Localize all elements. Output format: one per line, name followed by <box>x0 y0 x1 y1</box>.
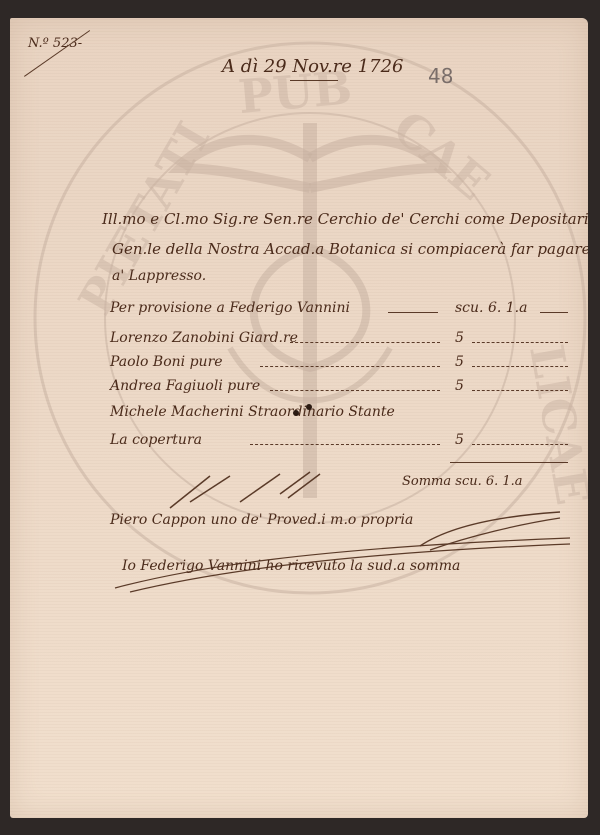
svg-text:CAE: CAE <box>383 100 500 210</box>
entry-trailer <box>472 444 568 445</box>
document-page: PIETATI PUB CAE LICAE N.º 523- A dì 29 N… <box>10 18 588 818</box>
entry-leader <box>290 342 440 343</box>
entry-amount: 5 <box>455 378 464 394</box>
document-date: A dì 29 Nov.re 1726 <box>222 56 403 77</box>
entry-trailer <box>472 390 568 391</box>
folio-number: 48 <box>428 64 453 88</box>
entry-label: Michele Macherini Straordinario Stante <box>110 404 395 420</box>
total-amount: Somma scu. 6. 1.a <box>402 474 523 489</box>
entry-trailer <box>472 342 568 343</box>
entry-amount: scu. 6. 1.a <box>455 300 527 316</box>
entry-trailer <box>540 312 568 313</box>
entry-label: Per provisione a Federigo Vannini <box>110 300 350 316</box>
entry-amount: 5 <box>455 330 464 346</box>
document-number: N.º 523- <box>28 36 82 51</box>
date-underline <box>290 80 338 81</box>
entry-label: La copertura <box>110 432 202 448</box>
ink-blot <box>293 410 299 416</box>
ink-blot <box>306 404 312 410</box>
entry-trailer <box>472 366 568 367</box>
address-line-3: a' Lappresso. <box>112 268 206 284</box>
receipt-signature: Io Federigo Vannini ho ricevuto la sud.a… <box>122 558 460 574</box>
entry-label: Lorenzo Zanobini Giard.re <box>110 330 298 346</box>
address-line-2: Gen.le della Nostra Accad.a Botanica si … <box>112 240 588 258</box>
entry-leader <box>260 366 440 367</box>
entry-leader <box>250 444 440 445</box>
entry-label: Andrea Fagiuoli pure <box>110 378 260 394</box>
entry-leader <box>388 312 438 313</box>
entry-leader <box>270 390 440 391</box>
cancellation-strokes-icon <box>160 458 360 518</box>
entry-amount: 5 <box>455 432 464 448</box>
entry-label: Paolo Boni pure <box>110 354 223 370</box>
entry-amount: 5 <box>455 354 464 370</box>
total-rule <box>450 462 568 463</box>
provveditore-signature: Piero Cappon uno de' Proved.i m.o propri… <box>110 512 413 528</box>
address-line-1: Ill.mo e Cl.mo Sig.re Sen.re Cerchio de'… <box>102 210 588 228</box>
